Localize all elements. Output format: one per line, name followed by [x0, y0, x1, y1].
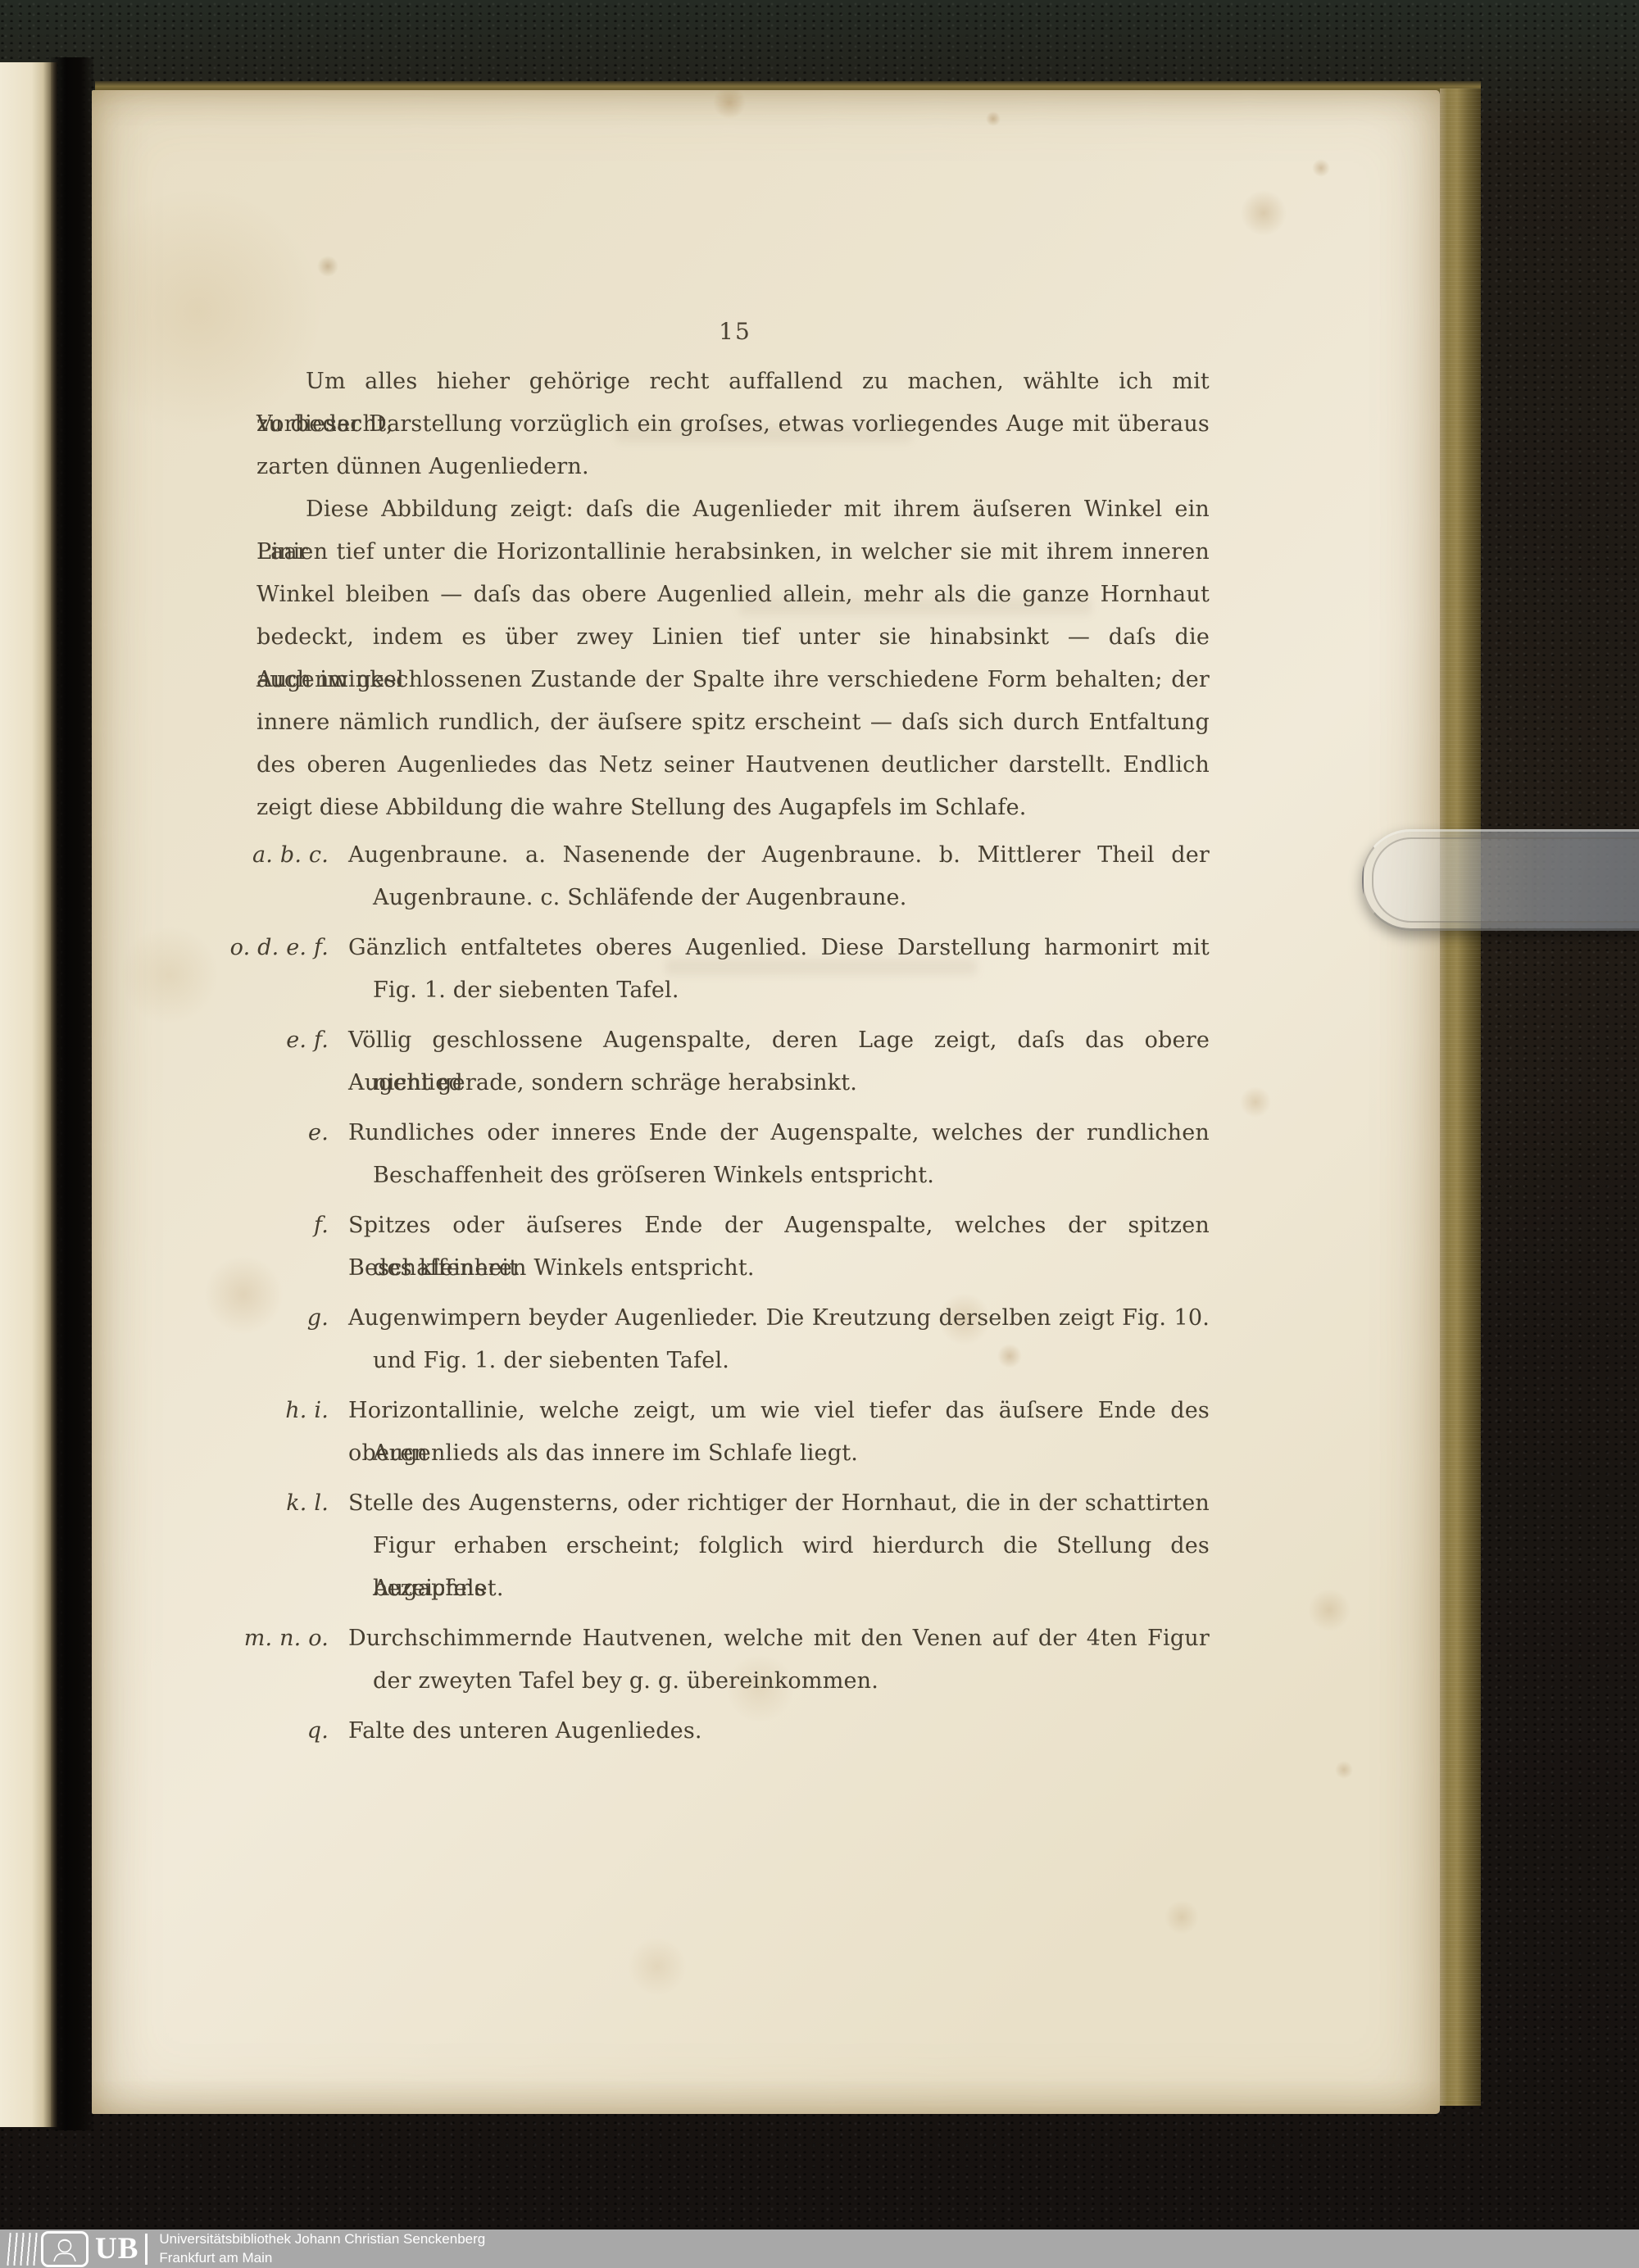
paragraph: Diese Abbildung zeigt: daſs die Augenlie… — [257, 488, 1210, 829]
facing-page-edge — [0, 62, 57, 2127]
legend-line: und Fig. 1. der siebenten Tafel. — [373, 1340, 1210, 1382]
legend-line: Rundliches oder inneres Ende der Augensp… — [348, 1112, 1210, 1154]
text-line: des oberen Augenliedes das Netz seiner H… — [257, 744, 1210, 787]
gutter-shadow — [51, 57, 93, 2130]
legend-line: Horizontallinie, welche zeigt, um wie vi… — [348, 1390, 1210, 1432]
legend-item: a. b. c.Augenbraune. a. Nasenende der Au… — [257, 834, 1210, 919]
legend-line: Durchschimmernde Hautvenen, welche mit d… — [348, 1617, 1210, 1660]
legend-line: Augenlieds als das innere im Schlafe lie… — [373, 1432, 1210, 1475]
legend-line: Gänzlich entfaltetes oberes Augenlied. D… — [348, 927, 1210, 969]
legend-line: Falte des unteren Augenliedes. — [348, 1710, 1210, 1753]
text-column: Um alles hieher gehörige recht auffallen… — [257, 361, 1210, 1753]
text-line: zeigt diese Abbildung die wahre Stellung… — [257, 787, 1210, 829]
portrait-line-art — [48, 2237, 81, 2261]
legend-item: f.Spitzes oder äuſseres Ende der Augensp… — [257, 1204, 1210, 1290]
text-line: Linien tief unter die Horizontallinie he… — [257, 531, 1210, 574]
legend-item: q.Falte des unteren Augenliedes. — [257, 1710, 1210, 1753]
legend-label: g. — [207, 1297, 329, 1340]
legend-item: e.Rundliches oder inneres Ende der Augen… — [257, 1112, 1210, 1197]
legend-label: h. i. — [207, 1390, 329, 1432]
library-name: Universitätsbibliothek Johann Christian … — [159, 2230, 485, 2248]
legend-label: o. d. e. f. — [207, 927, 329, 969]
text-line: zarten dünnen Augenliedern. — [257, 446, 1210, 488]
legend-line: des kleineren Winkels entspricht. — [373, 1247, 1210, 1290]
legend-item: o. d. e. f.Gänzlich entfaltetes oberes A… — [257, 927, 1210, 1012]
legend-line: Völlig geschlossene Augenspalte, deren L… — [348, 1019, 1210, 1062]
book-scan-viewport: 15 Um alles hieher gehörige recht auffal… — [0, 0, 1639, 2268]
senckenberg-portrait-icon — [41, 2231, 89, 2267]
legend-line: Augenbraune. c. Schläfende der Augenbrau… — [373, 877, 1210, 919]
legend-item: m. n. o.Durchschimmernde Hautvenen, welc… — [257, 1617, 1210, 1703]
page-number: 15 — [694, 318, 776, 345]
text-line: Winkel bleiben — daſs das obere Augenlie… — [257, 574, 1210, 616]
legend-item: h. i.Horizontallinie, welche zeigt, um w… — [257, 1390, 1210, 1475]
legend-line: Stelle des Augensterns, oder richtiger d… — [348, 1482, 1210, 1525]
page-holder-clip — [1362, 829, 1639, 931]
legend-item: k. l.Stelle des Augensterns, oder richti… — [257, 1482, 1210, 1610]
text-line: innere nämlich rundlich, der äuſsere spi… — [257, 701, 1210, 744]
legend-line: Fig. 1. der siebenten Tafel. — [373, 969, 1210, 1012]
scanned-book-page: 15 Um alles hieher gehörige recht auffal… — [92, 90, 1440, 2114]
page-holder-clip-tongue — [1372, 837, 1639, 923]
legend-label: q. — [207, 1710, 329, 1753]
legend-label: f. — [207, 1204, 329, 1247]
legend-label: e. f. — [207, 1019, 329, 1062]
book-pages-icon — [7, 2233, 39, 2266]
text-line: Diese Abbildung zeigt: daſs die Augenlie… — [257, 488, 1210, 531]
paragraph: Um alles hieher gehörige recht auffallen… — [257, 361, 1210, 488]
legend-label: m. n. o. — [207, 1617, 329, 1660]
legend-line: bezeichnet. — [373, 1567, 1210, 1610]
legend-label: k. l. — [207, 1482, 329, 1525]
library-name-block: Universitätsbibliothek Johann Christian … — [159, 2230, 485, 2266]
text-line: auch im geschlossenen Zustande der Spalt… — [257, 659, 1210, 701]
legend-label: e. — [207, 1112, 329, 1154]
legend-item: e. f.Völlig geschlossene Augenspalte, de… — [257, 1019, 1210, 1105]
legend-item: g.Augenwimpern beyder Augenlieder. Die K… — [257, 1297, 1210, 1382]
text-line: zu dieser Darstellung vorzüglich ein gro… — [257, 403, 1210, 446]
library-city: Frankfurt am Main — [159, 2249, 485, 2267]
legend-line: nicht gerade, sondern schräge herabsinkt… — [373, 1062, 1210, 1105]
legend-line: Spitzes oder äuſseres Ende der Augenspal… — [348, 1204, 1210, 1247]
logo-divider — [145, 2234, 148, 2265]
legend-label: a. b. c. — [207, 834, 329, 877]
legend-line: Beschaffenheit des gröſseren Winkels ent… — [373, 1154, 1210, 1197]
library-watermark-bar: UB Universitätsbibliothek Johann Christi… — [0, 2229, 1639, 2268]
text-line: bedeckt, indem es über zwey Linien tief … — [257, 616, 1210, 659]
ub-logo-text: UB — [95, 2234, 138, 2264]
text-line: Um alles hieher gehörige recht auffallen… — [257, 361, 1210, 403]
legend-line: der zweyten Tafel bey g. g. übereinkomme… — [373, 1660, 1210, 1703]
legend-line: Figur erhaben erscheint; folglich wird h… — [373, 1525, 1210, 1567]
legend-line: Augenbraune. a. Nasenende der Augenbraun… — [348, 834, 1210, 877]
page-block-fore-edge — [1440, 88, 1481, 2106]
legend-line: Augenwimpern beyder Augenlieder. Die Kre… — [348, 1297, 1210, 1340]
